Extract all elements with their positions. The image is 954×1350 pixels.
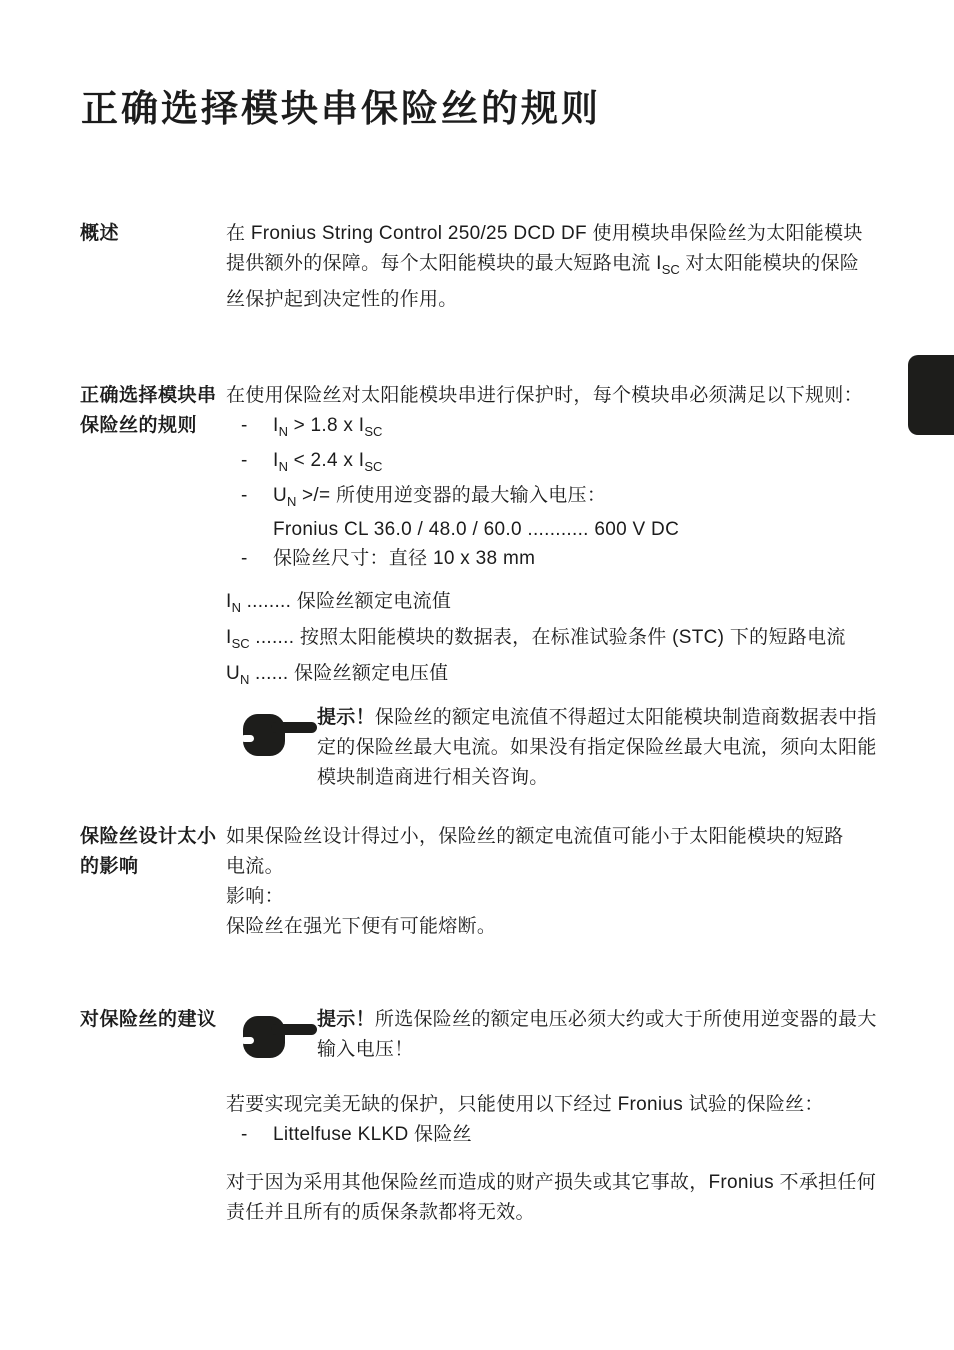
note-rules-line-2: 定的保险丝最大电流。如果没有指定保险丝最大电流，须向太阳能 xyxy=(317,733,892,763)
undersized-label-line-2: 的影响 xyxy=(80,852,226,882)
section-overview-body: 在 Fronius String Control 250/25 DCD DF 使… xyxy=(226,219,892,315)
rule-item-1-text: IN > 1.8 x ISC xyxy=(273,411,382,446)
section-undersized-effect: 保险丝设计太小 的影响 如果保险丝设计得过小，保险丝的额定电流值可能小于太阳能模… xyxy=(80,822,892,942)
recommended-fuse-text: Littelfuse KLKD 保险丝 xyxy=(273,1120,472,1150)
section-undersized-label: 保险丝设计太小 的影响 xyxy=(80,822,226,942)
rule-item-3-text: UN >/= 所使用逆变器的最大输入电压： xyxy=(273,481,606,516)
section-undersized-body: 如果保险丝设计得过小，保险丝的额定电流值可能小于太阳能模块的短路 电流。 影响：… xyxy=(226,822,892,942)
rule-item-3-continuation: Fronius CL 36.0 / 48.0 / 60.0 ..........… xyxy=(226,515,892,544)
note-recommendation-text: 提示！所选保险丝的额定电压必须大约或大于所使用逆变器的最大 输入电压！ xyxy=(317,1005,892,1065)
note-rules-line-1: 提示！保险丝的额定电流值不得超过太阳能模块制造商数据表中指 xyxy=(317,703,892,733)
list-marker: - xyxy=(226,1120,273,1150)
rules-intro: 在使用保险丝对太阳能模块串进行保护时，每个模块串必须满足以下规则： xyxy=(226,381,892,411)
note-label: 提示！ xyxy=(317,707,375,728)
note-hand-icon xyxy=(241,1005,317,1065)
undersized-label-line-1: 保险丝设计太小 xyxy=(80,822,226,852)
section-recommendation-body: 提示！所选保险丝的额定电压必须大约或大于所使用逆变器的最大 输入电压！ 若要实现… xyxy=(226,1005,892,1228)
definition-un: UN ...... 保险丝额定电压值 xyxy=(226,659,892,695)
rules-label-line-2: 保险丝的规则 xyxy=(80,411,226,441)
section-rules-body: 在使用保险丝对太阳能模块串进行保护时，每个模块串必须满足以下规则： - IN >… xyxy=(226,381,892,793)
note-label: 提示！ xyxy=(317,1009,375,1030)
symbol-definitions: IN ........ 保险丝额定电流值 ISC ....... 按照太阳能模块… xyxy=(226,587,892,694)
recommendation-p2-line-2: 责任并且所有的质保条款都将无效。 xyxy=(226,1198,892,1228)
rule-item-4-text: 保险丝尺寸：直径 10 x 38 mm xyxy=(273,544,535,573)
section-rules-label: 正确选择模块串 保险丝的规则 xyxy=(80,381,226,793)
note-rules-text: 提示！保险丝的额定电流值不得超过太阳能模块制造商数据表中指 定的保险丝最大电流。… xyxy=(317,703,892,793)
overview-line-3: 丝保护起到决定性的作用。 xyxy=(226,285,892,315)
recommended-fuse-item: - Littelfuse KLKD 保险丝 xyxy=(226,1120,892,1150)
section-overview: 概述 在 Fronius String Control 250/25 DCD D… xyxy=(80,219,892,315)
definition-in: IN ........ 保险丝额定电流值 xyxy=(226,587,892,623)
manual-page: 正确选择模块串保险丝的规则 概述 在 Fronius String Contro… xyxy=(0,0,954,1350)
list-marker: - xyxy=(226,446,273,481)
rule-item-4: - 保险丝尺寸：直径 10 x 38 mm xyxy=(226,544,892,573)
recommendation-p2-line-1: 对于因为采用其他保险丝而造成的财产损失或其它事故，Fronius 不承担任何 xyxy=(226,1168,892,1198)
note-rules-line-3: 模块制造商进行相关咨询。 xyxy=(317,763,892,793)
definition-isc: ISC ....... 按照太阳能模块的数据表，在标准试验条件 (STC) 下的… xyxy=(226,623,892,659)
recommendation-paragraph-1: 若要实现完美无缺的保护，只能使用以下经过 Fronius 试验的保险丝： xyxy=(226,1090,892,1120)
section-rules: 正确选择模块串 保险丝的规则 在使用保险丝对太阳能模块串进行保护时，每个模块串必… xyxy=(80,381,892,793)
page-title: 正确选择模块串保险丝的规则 xyxy=(81,78,601,132)
rule-item-1: - IN > 1.8 x ISC xyxy=(226,411,892,446)
rules-label-line-1: 正确选择模块串 xyxy=(80,381,226,411)
recommendation-paragraph-2: 对于因为采用其他保险丝而造成的财产损失或其它事故，Fronius 不承担任何 责… xyxy=(226,1168,892,1228)
overview-line-2: 提供额外的保障。每个太阳能模块的最大短路电流 ISC 对太阳能模块的保险 xyxy=(226,249,892,285)
note-hand-icon xyxy=(241,703,317,793)
note-recommendation-line-2: 输入电压！ xyxy=(317,1035,892,1065)
note-recommendation-line-1: 提示！所选保险丝的额定电压必须大约或大于所使用逆变器的最大 xyxy=(317,1005,892,1035)
undersized-line-1: 如果保险丝设计得过小，保险丝的额定电流值可能小于太阳能模块的短路 xyxy=(226,822,892,852)
rule-item-3: - UN >/= 所使用逆变器的最大输入电压： xyxy=(226,481,892,516)
section-overview-label: 概述 xyxy=(80,219,226,315)
rules-list: - IN > 1.8 x ISC - IN < 2.4 x ISC - UN >… xyxy=(226,411,892,573)
section-recommendation-label: 对保险丝的建议 xyxy=(80,1005,226,1228)
section-recommendation: 对保险丝的建议 提示！所选保险丝的额定电压必须大约或大于所使用逆变器的最大 输入… xyxy=(80,1005,892,1228)
chapter-edge-tab xyxy=(908,355,954,435)
list-marker: - xyxy=(226,544,273,573)
note-box-recommendation: 提示！所选保险丝的额定电压必须大约或大于所使用逆变器的最大 输入电压！ xyxy=(226,1005,892,1065)
list-marker: - xyxy=(226,411,273,446)
undersized-line-3: 影响： xyxy=(226,882,892,912)
undersized-line-2: 电流。 xyxy=(226,852,892,882)
undersized-line-4: 保险丝在强光下便有可能熔断。 xyxy=(226,912,892,942)
list-marker: - xyxy=(226,481,273,516)
note-box-rules: 提示！保险丝的额定电流值不得超过太阳能模块制造商数据表中指 定的保险丝最大电流。… xyxy=(226,703,892,793)
overview-line-1: 在 Fronius String Control 250/25 DCD DF 使… xyxy=(226,219,892,249)
rule-item-2: - IN < 2.4 x ISC xyxy=(226,446,892,481)
rule-item-2-text: IN < 2.4 x ISC xyxy=(273,446,382,481)
